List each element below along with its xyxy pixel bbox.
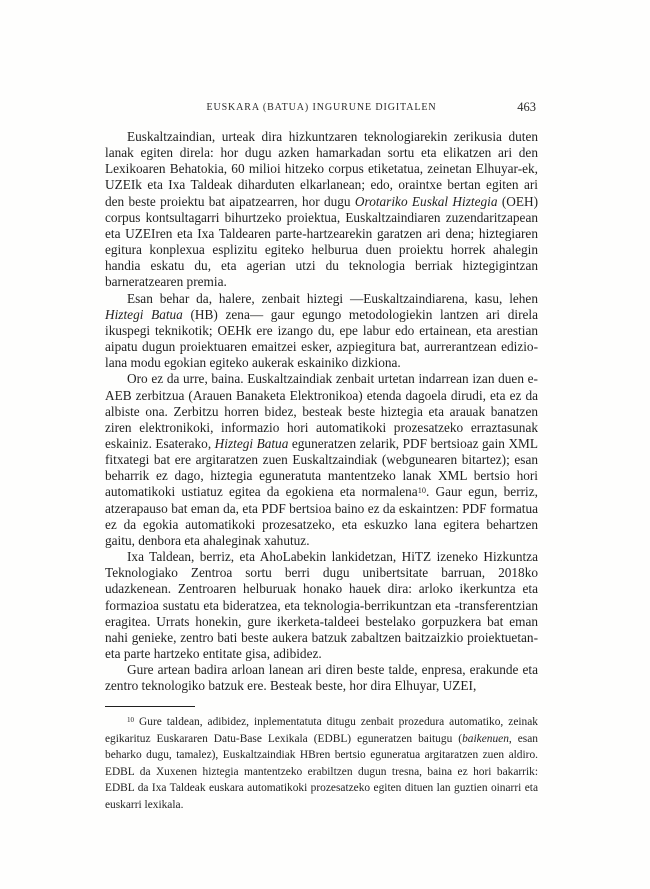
footnote-text: 10 Gure taldean, adibidez, inplementatut…	[105, 714, 538, 814]
book-page: EUSKARA (BATUA) INGURUNE DIGITALEN 463 E…	[0, 0, 650, 889]
footnote-section: 10 Gure taldean, adibidez, inplementatut…	[105, 706, 538, 814]
paragraph: Gure artean badira arloan lanean ari dir…	[105, 662, 538, 694]
running-header-title: EUSKARA (BATUA) INGURUNE DIGITALEN	[105, 101, 538, 115]
paragraph: Esan behar da, halere, zenbait hiztegi —…	[105, 291, 538, 372]
paragraph: Ixa Taldean, berriz, eta AhoLabekin lank…	[105, 549, 538, 662]
paragraph: Euskaltzaindian, urteak dira hizkuntzare…	[105, 129, 538, 291]
body-text: Euskaltzaindian, urteak dira hizkuntzare…	[105, 129, 538, 694]
footnote-divider	[105, 706, 195, 707]
running-header: EUSKARA (BATUA) INGURUNE DIGITALEN 463	[105, 101, 538, 117]
paragraph: Oro ez da urre, baina. Euskaltzaindiak z…	[105, 371, 538, 549]
page-number: 463	[517, 99, 536, 115]
